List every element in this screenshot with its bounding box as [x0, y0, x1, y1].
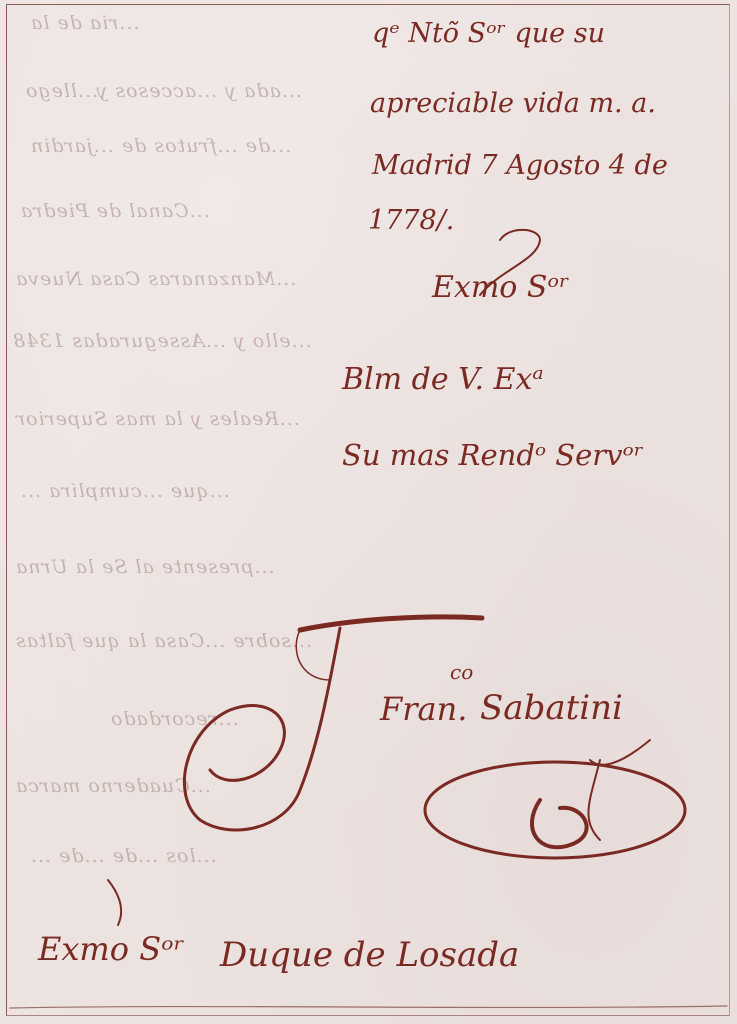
- signature-flourish: [0, 0, 737, 1024]
- signature-last-name: Sabatini: [480, 688, 623, 728]
- addressee-prefix: Exmo Sᵒʳ: [38, 930, 185, 968]
- addressee-name: Duque de Losada: [220, 935, 519, 975]
- signature-superscript: co: [450, 660, 473, 684]
- signature-first-name: Fran.: [380, 690, 467, 728]
- manuscript-page: ...ria de la ...ada y ...accesos y...lle…: [0, 0, 737, 1024]
